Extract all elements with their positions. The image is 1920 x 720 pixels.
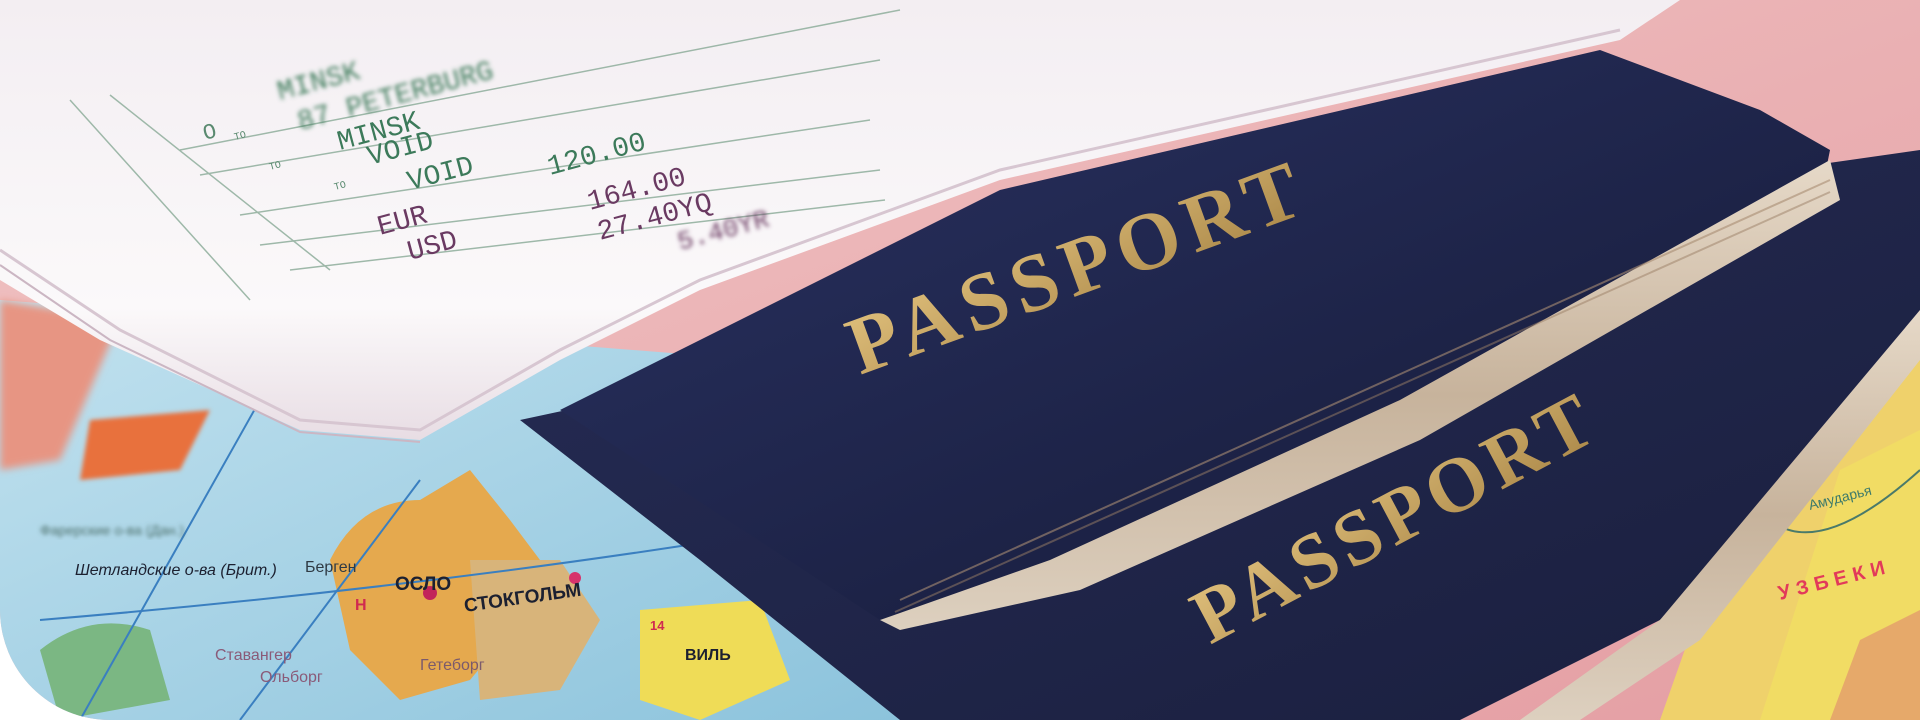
svg-text:Гетеборг: Гетеборг xyxy=(420,657,485,674)
svg-text:ОСЛО: ОСЛО xyxy=(395,574,451,595)
svg-text:Берген: Берген xyxy=(305,559,357,576)
svg-text:Ставангер: Ставангер xyxy=(215,647,292,664)
passport-photo: Фарерские о-ва (Дан.) Шетландские о-ва (… xyxy=(0,0,1920,720)
svg-text:14: 14 xyxy=(650,618,665,633)
svg-text:Н: Н xyxy=(355,597,367,614)
svg-text:Шетландские о-ва (Брит.): Шетландские о-ва (Брит.) xyxy=(75,562,277,579)
svg-text:ВИЛЬ: ВИЛЬ xyxy=(685,647,731,664)
svg-text:Ольборг: Ольборг xyxy=(260,669,323,686)
svg-text:Фарерские о-ва (Дан.): Фарерские о-ва (Дан.) xyxy=(40,522,184,538)
